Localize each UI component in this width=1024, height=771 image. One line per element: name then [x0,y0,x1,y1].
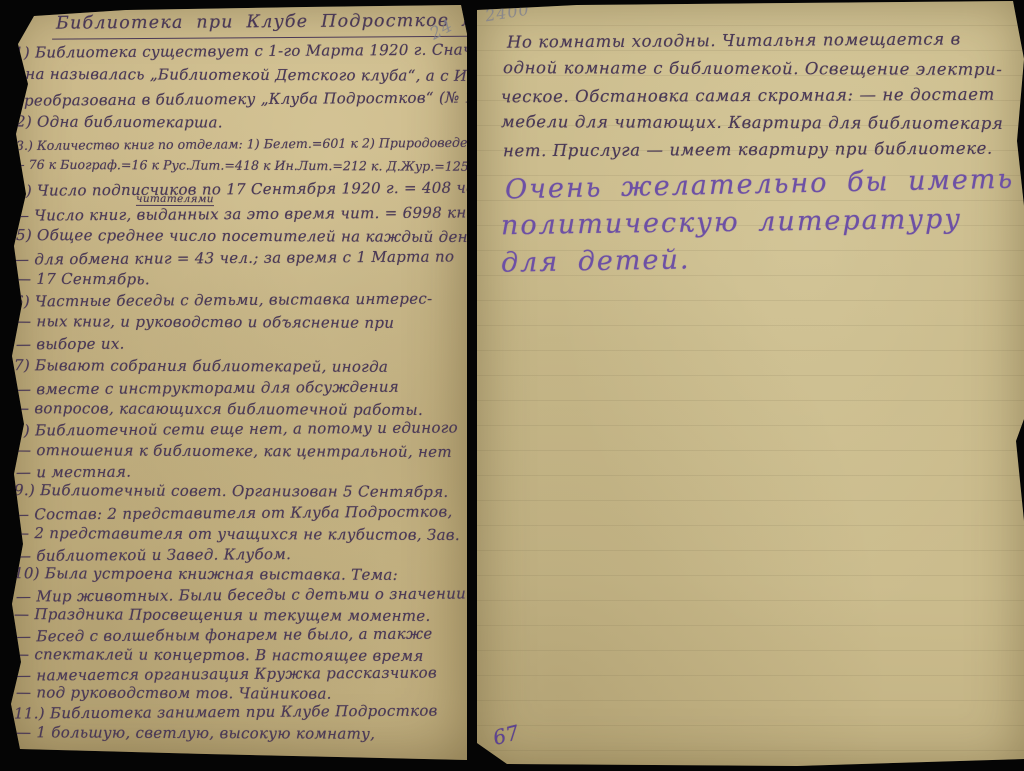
manuscript-line: — вместе с инструкторами для обсуждения [16,378,399,399]
manuscript-line: ческое. Обстановка самая скромная: — не … [501,85,995,107]
manuscript-line: — 2 представителя от учащихся не клубист… [14,524,460,544]
manuscript-line: Но комнаты холодны. Читальня помещается … [507,29,961,51]
manuscript-line: она называлась „Библиотекой Детского клу… [16,65,542,85]
manuscript-line: мебели для читающих. Квартира для библио… [501,112,1004,133]
manuscript-line: — для обмена книг = 43 чел.; за время с … [14,247,454,268]
manuscript-page-right: 2400 Но комнаты холодны. Читальня помеща… [477,1,1024,769]
manuscript-line: — отношения к библиотеке, как центрально… [16,441,452,461]
manuscript-line: — вопросов, касающихся библиотечной рабо… [14,399,423,419]
scanned-document: Библиотека при Клубе Подростков № 14 24 … [0,0,1024,771]
manuscript-line: одной комнате с библиотекой. Освещение э… [503,58,1003,79]
manuscript-line: — Праздника Просвещения и текущем момент… [14,605,431,625]
manuscript-line: 10) Была устроена книжная выставка. Тема… [14,564,398,584]
manuscript-line: — под руководством тов. Чайникова. [16,683,332,702]
manuscript-line: — 1 большую, светлую, высокую комнату, [16,723,375,743]
manuscript-line: 11.) Библиотека занимает при Клубе Подро… [14,702,438,723]
manuscript-line: — Число книг, выданных за это время чит.… [14,203,484,224]
manuscript-line: — 17 Сентябрь. [16,270,150,289]
manuscript-line: нет. Прислуга — имеет квартиру при библи… [503,139,993,161]
manuscript-line: — ных книг, и руководство и объяснение п… [16,312,394,332]
inserted-word: читателями [136,193,214,206]
manuscript-line: 5) Общее среднее число посетителей на ка… [16,226,476,246]
manuscript-line: преобразована в библиотеку „Клуба Подрос… [14,88,491,109]
manuscript-line: 6) Частные беседы с детьми, выставка инт… [14,290,433,311]
purple-note-line: политическую литературу [501,204,962,241]
manuscript-page-left: Библиотека при Клубе Подростков № 14 24 … [6,4,467,760]
manuscript-line: — Бесед с волшебным фонарем не было, а т… [16,625,433,646]
purple-note-line: для детей. [501,244,691,278]
purple-note-line: Очень желательно бы иметь [505,164,1015,206]
manuscript-line: — и местная. [16,463,131,482]
manuscript-line: 2) Одна библиотекарша. [16,113,223,132]
manuscript-line: 1) Библиотека существует с 1-го Марта 19… [14,40,501,61]
manuscript-line: — Состав: 2 представителя от Клуба Подро… [14,502,453,523]
document-title: Библиотека при Клубе Подростков № 14 [52,10,527,39]
archive-number-pencil: 2400 [484,0,531,25]
manuscript-line: 9.) Библиотечный совет. Организован 5 Се… [14,481,449,501]
manuscript-line: 8) Библиотечной сети еще нет, а потому и… [14,418,458,439]
manuscript-line: — выборе их. [16,335,125,354]
manuscript-line: 4) Число подписчиков по 17 Сентября 1920… [16,178,522,200]
manuscript-line: — намечается организация Кружка рассказч… [16,664,437,685]
bottom-ink-mark: 67 [490,720,521,750]
manuscript-line: — спектаклей и концертов. В настоящее вр… [14,645,424,665]
manuscript-line: — библиотекой и Завед. Клубом. [16,545,291,565]
manuscript-line: 7) Бывают собрания библиотекарей, иногда [14,356,388,376]
manuscript-line: — Мир животных. Были беседы с детьми о з… [16,584,466,605]
